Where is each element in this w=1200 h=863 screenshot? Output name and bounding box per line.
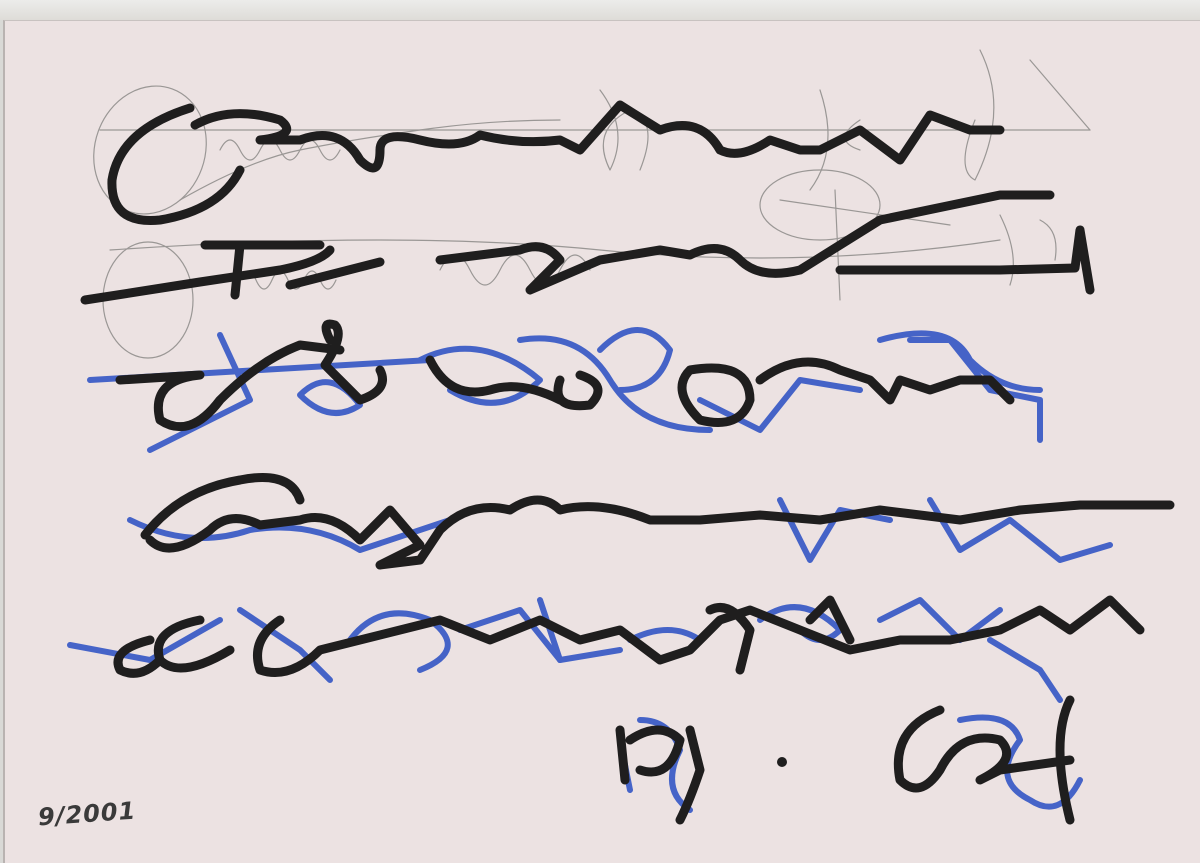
signature-dot [777, 757, 787, 767]
calligraphy-artwork [0, 0, 1200, 862]
signature-left [620, 730, 700, 820]
black-ink-strokes [85, 105, 1170, 820]
